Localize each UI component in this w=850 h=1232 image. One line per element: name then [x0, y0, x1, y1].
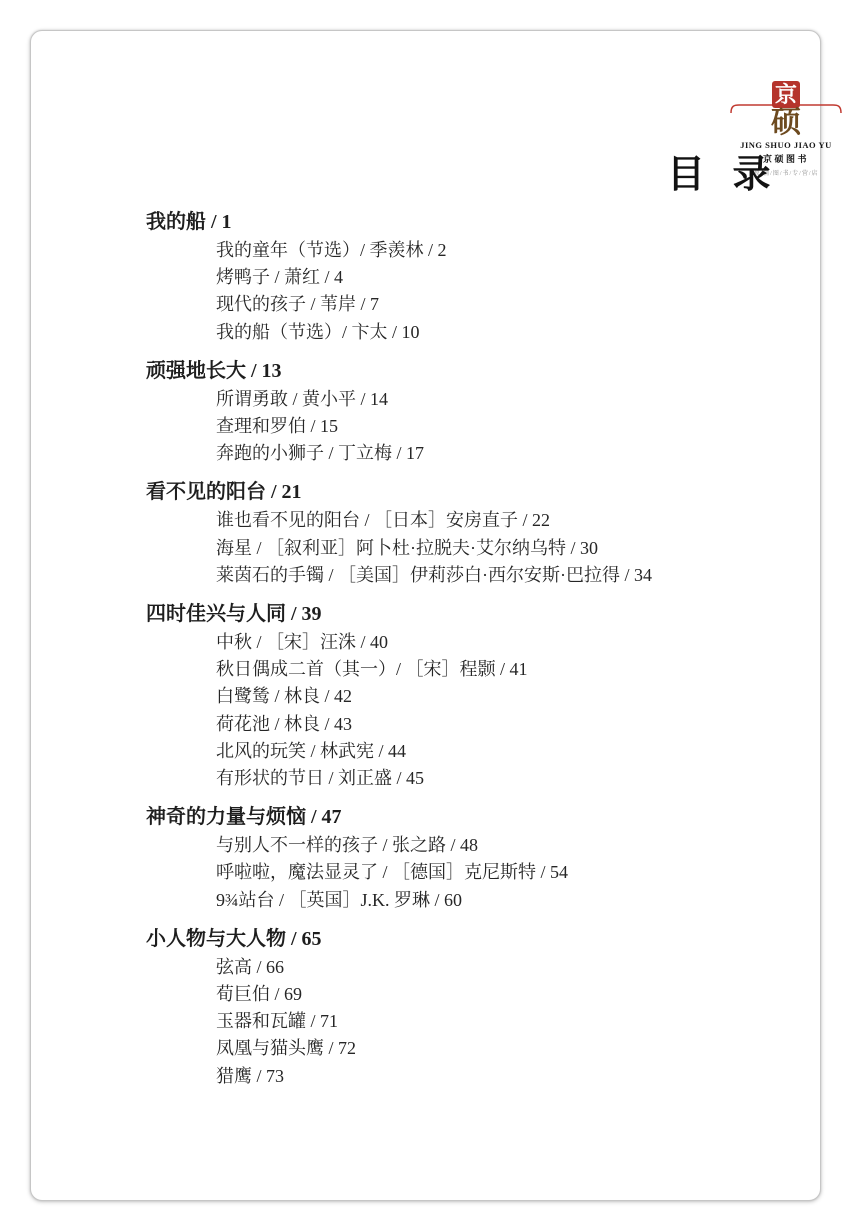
toc-entry: 海星 / ［叙利亚］阿卜杜·拉脱夫·艾尔纳乌特 / 30 — [216, 535, 796, 562]
toc-entry: 荷花池 / 林良 / 43 — [216, 711, 796, 738]
jing-seal-icon: 京 — [772, 81, 800, 108]
toc-section-title: 神奇的力量与烦恼 / 47 — [146, 803, 796, 832]
toc-entry: 烤鸭子 / 萧红 / 4 — [216, 264, 796, 291]
toc-section-title: 顽强地长大 / 13 — [146, 357, 796, 386]
toc-entry: 奔跑的小狮子 / 丁立梅 / 17 — [216, 440, 796, 467]
toc-section-title: 我的船 / 1 — [146, 208, 796, 237]
toc-section-entries: 谁也看不见的阳台 / ［日本］安房直子 / 22 海星 / ［叙利亚］阿卜杜·拉… — [146, 507, 796, 589]
toc-section-entries: 中秋 / ［宋］汪洙 / 40 秋日偶成二首（其一）/ ［宋］程颢 / 41 白… — [146, 629, 796, 792]
toc-entry: 与别人不一样的孩子 / 张之路 / 48 — [216, 832, 796, 859]
table-of-contents: 我的船 / 1 我的童年（节选）/ 季羡林 / 2 烤鸭子 / 萧红 / 4 现… — [146, 208, 796, 1101]
toc-entry: 所谓勇敢 / 黄小平 / 14 — [216, 386, 796, 413]
toc-section: 顽强地长大 / 13 所谓勇敢 / 黄小平 / 14 查理和罗伯 / 15 奔跑… — [146, 357, 796, 468]
toc-entry: 白鹭鸶 / 林良 / 42 — [216, 683, 796, 710]
toc-section: 我的船 / 1 我的童年（节选）/ 季羡林 / 2 烤鸭子 / 萧红 / 4 现… — [146, 208, 796, 346]
toc-entry: 现代的孩子 / 苇岸 / 7 — [216, 291, 796, 318]
page-title: 目 录 — [667, 143, 780, 198]
toc-section: 四时佳兴与人同 / 39 中秋 / ［宋］汪洙 / 40 秋日偶成二首（其一）/… — [146, 600, 796, 792]
toc-entry: 北风的玩笑 / 林武宪 / 44 — [216, 738, 796, 765]
toc-section: 神奇的力量与烦恼 / 47 与别人不一样的孩子 / 张之路 / 48 呼啦啦，魔… — [146, 803, 796, 914]
toc-entry: 荀巨伯 / 69 — [216, 981, 796, 1008]
toc-entry: 玉器和瓦罐 / 71 — [216, 1008, 796, 1035]
toc-section: 小人物与大人物 / 65 弦高 / 66 荀巨伯 / 69 玉器和瓦罐 / 71… — [146, 925, 796, 1090]
toc-entry: 谁也看不见的阳台 / ［日本］安房直子 / 22 — [216, 507, 796, 534]
toc-entry: 莱茵石的手镯 / ［美国］伊莉莎白·西尔安斯·巴拉得 / 34 — [216, 562, 796, 589]
toc-entry: 我的童年（节选）/ 季羡林 / 2 — [216, 237, 796, 264]
page-background: { "page_title": "目 录", "logo": { "top_ch… — [0, 0, 850, 1232]
toc-section-entries: 弦高 / 66 荀巨伯 / 69 玉器和瓦罐 / 71 凤凰与猫头鹰 / 72 … — [146, 954, 796, 1090]
toc-section: 看不见的阳台 / 21 谁也看不见的阳台 / ［日本］安房直子 / 22 海星 … — [146, 478, 796, 589]
toc-entry: 弦高 / 66 — [216, 954, 796, 981]
shuo-character: 硕 — [729, 108, 843, 138]
toc-entry: 呼啦啦，魔法显灵了 / ［德国］克尼斯特 / 54 — [216, 859, 796, 886]
toc-entry: 猎鹰 / 73 — [216, 1063, 796, 1090]
toc-entry: 中秋 / ［宋］汪洙 / 40 — [216, 629, 796, 656]
toc-entry: 秋日偶成二首（其一）/ ［宋］程颢 / 41 — [216, 656, 796, 683]
toc-entry: 有形状的节日 / 刘正盛 / 45 — [216, 765, 796, 792]
toc-section-title: 看不见的阳台 / 21 — [146, 478, 796, 507]
toc-entry: 9¾站台 / ［英国］J.K. 罗琳 / 60 — [216, 887, 796, 914]
toc-entry: 查理和罗伯 / 15 — [216, 413, 796, 440]
toc-section-title: 小人物与大人物 / 65 — [146, 925, 796, 954]
toc-section-entries: 我的童年（节选）/ 季羡林 / 2 烤鸭子 / 萧红 / 4 现代的孩子 / 苇… — [146, 237, 796, 346]
toc-entry: 凤凰与猫头鹰 / 72 — [216, 1035, 796, 1062]
toc-section-title: 四时佳兴与人同 / 39 — [146, 600, 796, 629]
toc-entry: 我的船（节选）/ 卞太 / 10 — [216, 319, 796, 346]
content-card: 京 硕 JING SHUO JIAO YU 京硕图书 教/辅/图/书/专/营/店… — [30, 30, 821, 1201]
toc-section-entries: 与别人不一样的孩子 / 张之路 / 48 呼啦啦，魔法显灵了 / ［德国］克尼斯… — [146, 832, 796, 914]
toc-section-entries: 所谓勇敢 / 黄小平 / 14 查理和罗伯 / 15 奔跑的小狮子 / 丁立梅 … — [146, 386, 796, 468]
